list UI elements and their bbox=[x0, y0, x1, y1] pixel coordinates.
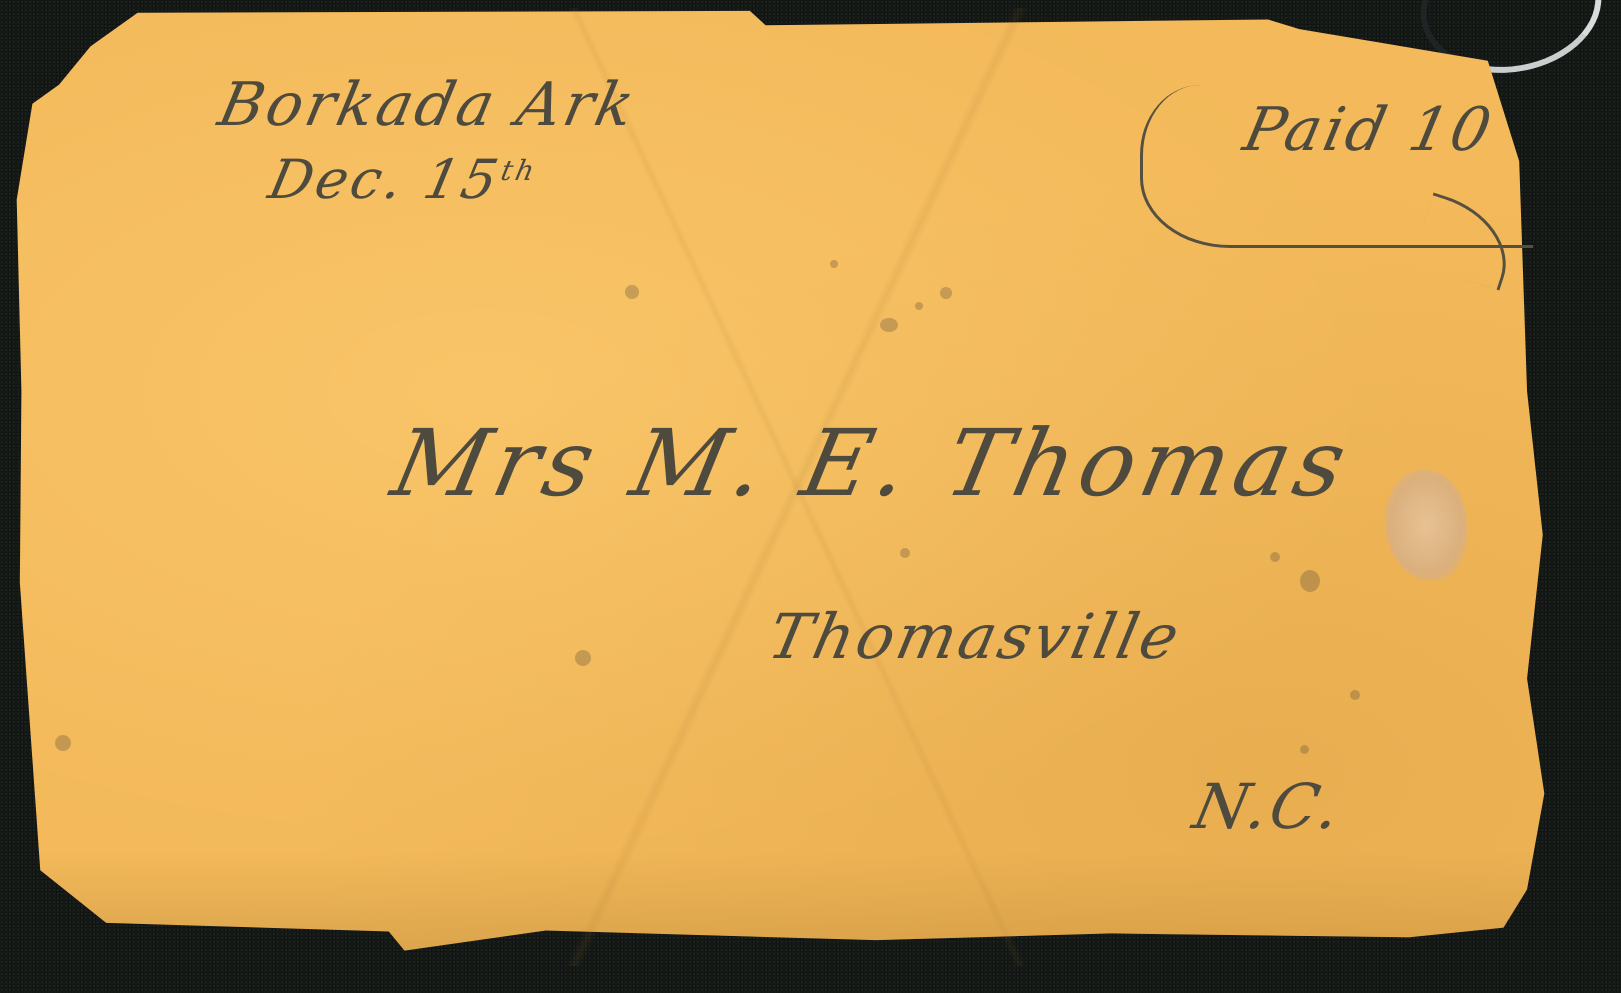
foxing-spot bbox=[940, 287, 952, 299]
rate-text: Paid 10 bbox=[1238, 95, 1500, 165]
origin-postmark: Borkada Ark bbox=[213, 70, 644, 140]
foxing-spot bbox=[900, 548, 910, 558]
date-suffix: th bbox=[498, 154, 540, 187]
address-city: Thomasville bbox=[762, 600, 1188, 673]
foxing-spot bbox=[575, 650, 591, 666]
address-state: N.C. bbox=[1187, 770, 1349, 843]
foxing-spot bbox=[1300, 745, 1309, 754]
foxing-spot bbox=[1300, 570, 1320, 592]
date-day: 15 bbox=[418, 148, 506, 211]
foxing-spot bbox=[625, 285, 639, 299]
date-month: Dec. bbox=[263, 148, 411, 211]
foxing-spot bbox=[1350, 690, 1360, 700]
origin-text: Borkada Ark bbox=[213, 70, 644, 140]
foxing-spot bbox=[880, 318, 898, 332]
postmark-date: Dec. 15th bbox=[263, 148, 541, 211]
foxing-spot bbox=[1270, 552, 1280, 562]
state-text: N.C. bbox=[1187, 770, 1349, 843]
foxing-spot bbox=[55, 735, 71, 751]
city-text: Thomasville bbox=[762, 600, 1188, 673]
foxing-spot bbox=[915, 302, 923, 310]
rate-marking: Paid 10 bbox=[1238, 95, 1500, 165]
addressee: Mrs M. E. Thomas bbox=[384, 410, 1361, 517]
addressee-name: Mrs M. E. Thomas bbox=[384, 410, 1361, 517]
foxing-spot bbox=[830, 260, 838, 268]
